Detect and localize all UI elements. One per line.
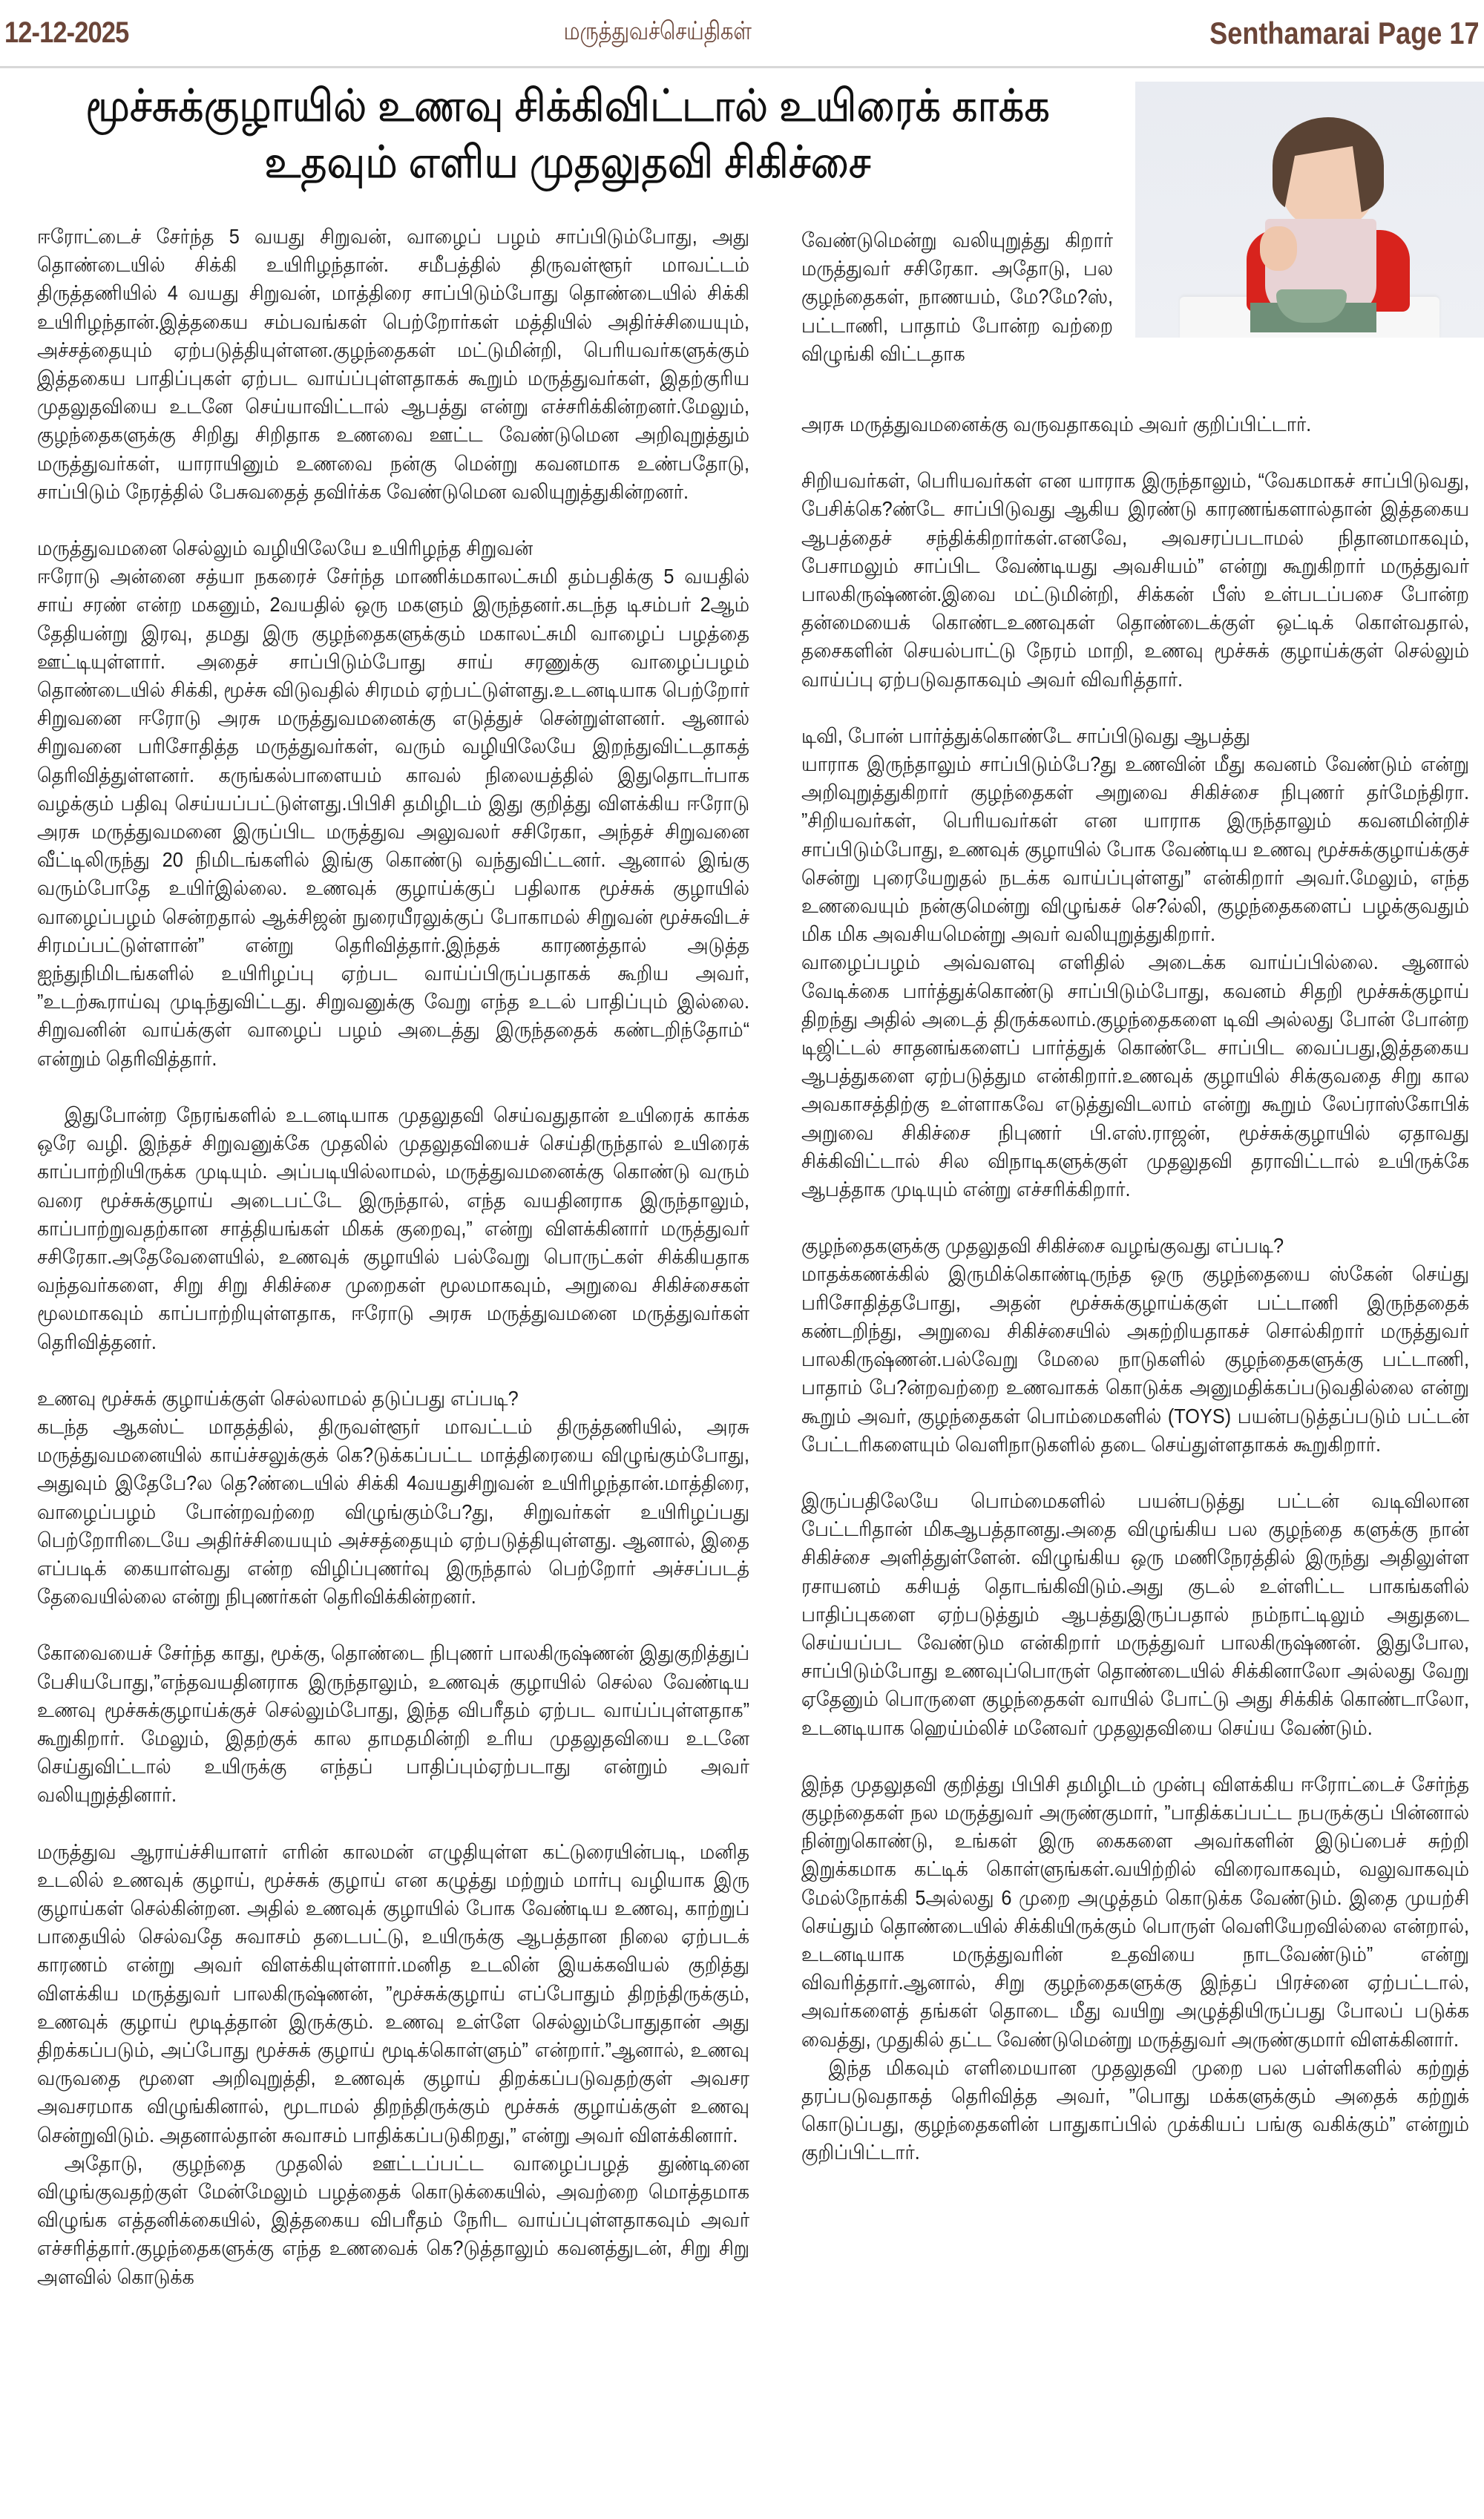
paragraph: மருத்துவ ஆராய்ச்சியாளர் எரின் காலமன் எழு… (37, 1838, 749, 2149)
subheading: மருத்துவமனை செல்லும் வழியிலேயே உயிரிழந்த… (37, 534, 749, 562)
issue-date: 12-12-2025 (4, 16, 128, 50)
paragraph: ஈரோடு அன்னை சத்யா நகரைச் சேர்ந்த மாணிக்ம… (37, 562, 749, 1073)
section-title: மருத்துவச்செய்திகள் (563, 17, 751, 49)
article-right-column-top: வேண்டுமென்று வலியுறுத்து கிறார் மருத்துவ… (801, 226, 1113, 368)
paragraph: இந்த மிகவும் எளிமையான முதலுதவி முறை பல ப… (801, 2054, 1469, 2167)
paragraph: மாதக்கணக்கில் இருமிக்கொண்டிருந்த ஒரு குழ… (801, 1260, 1469, 1458)
page-header: 12-12-2025 மருத்துவச்செய்திகள் Senthamar… (0, 0, 1484, 68)
paragraph: சிறியவர்கள், பெரியவர்கள் என யாராக இருந்த… (801, 467, 1469, 694)
paragraph: வாழைப்பழம் அவ்வளவு எளிதில் அடைக்க வாய்ப்… (801, 948, 1469, 1203)
paragraph: கடந்த ஆகஸ்ட் மாதத்தில், திருவள்ளூர் மாவட… (37, 1413, 749, 1611)
publication-page-label: Senthamarai Page 17 (1210, 16, 1480, 51)
paragraph: யாராக இருந்தாலும் சாப்பிடும்பே?து உணவின்… (801, 750, 1469, 948)
hand-shape (1260, 226, 1297, 271)
article-left-column: ஈரோட்டைச் சேர்ந்த 5 வயது சிறுவன், வாழைப்… (37, 223, 749, 2291)
paragraph: இருப்பதிலேயே பொம்மைகளில் பயன்படுத்து பட்… (801, 1487, 1469, 1742)
paragraph: ஈரோட்டைச் சேர்ந்த 5 வயது சிறுவன், வாழைப்… (37, 223, 749, 506)
paragraph: வேண்டுமென்று வலியுறுத்து கிறார் மருத்துவ… (801, 226, 1113, 368)
article-right-column: அரசு மருத்துவமனைக்கு வருவதாகவும் அவர் கு… (801, 410, 1469, 2167)
article-photo (1135, 82, 1484, 338)
paragraph: இதுபோன்ற நேரங்களில் உடனடியாக முதலுதவி செ… (37, 1101, 749, 1356)
paragraph: அதோடு, குழந்தை முதலில் ஊட்டப்பட்ட வாழைப்… (37, 2149, 749, 2291)
subheading: டிவி, போன் பார்த்துக்கொண்டே சாப்பிடுவது … (801, 722, 1469, 750)
paragraph: அரசு மருத்துவமனைக்கு வருவதாகவும் அவர் கு… (801, 410, 1469, 439)
paragraph: இந்த முதலுதவி குறித்து பிபிசி தமிழிடம் ம… (801, 1770, 1469, 2054)
article-headline: மூச்சுக்குழாயில் உணவு சிக்கிவிட்டால் உயி… (70, 78, 1066, 191)
paragraph: கோவையைச் சேர்ந்த காது, மூக்கு, தொண்டை நி… (37, 1639, 749, 1809)
subheading: குழந்தைகளுக்கு முதலுதவி சிகிச்சை வழங்குவ… (801, 1232, 1469, 1260)
subheading: உணவு மூச்சுக் குழாய்க்குள் செல்லாமல் தடு… (37, 1385, 749, 1413)
